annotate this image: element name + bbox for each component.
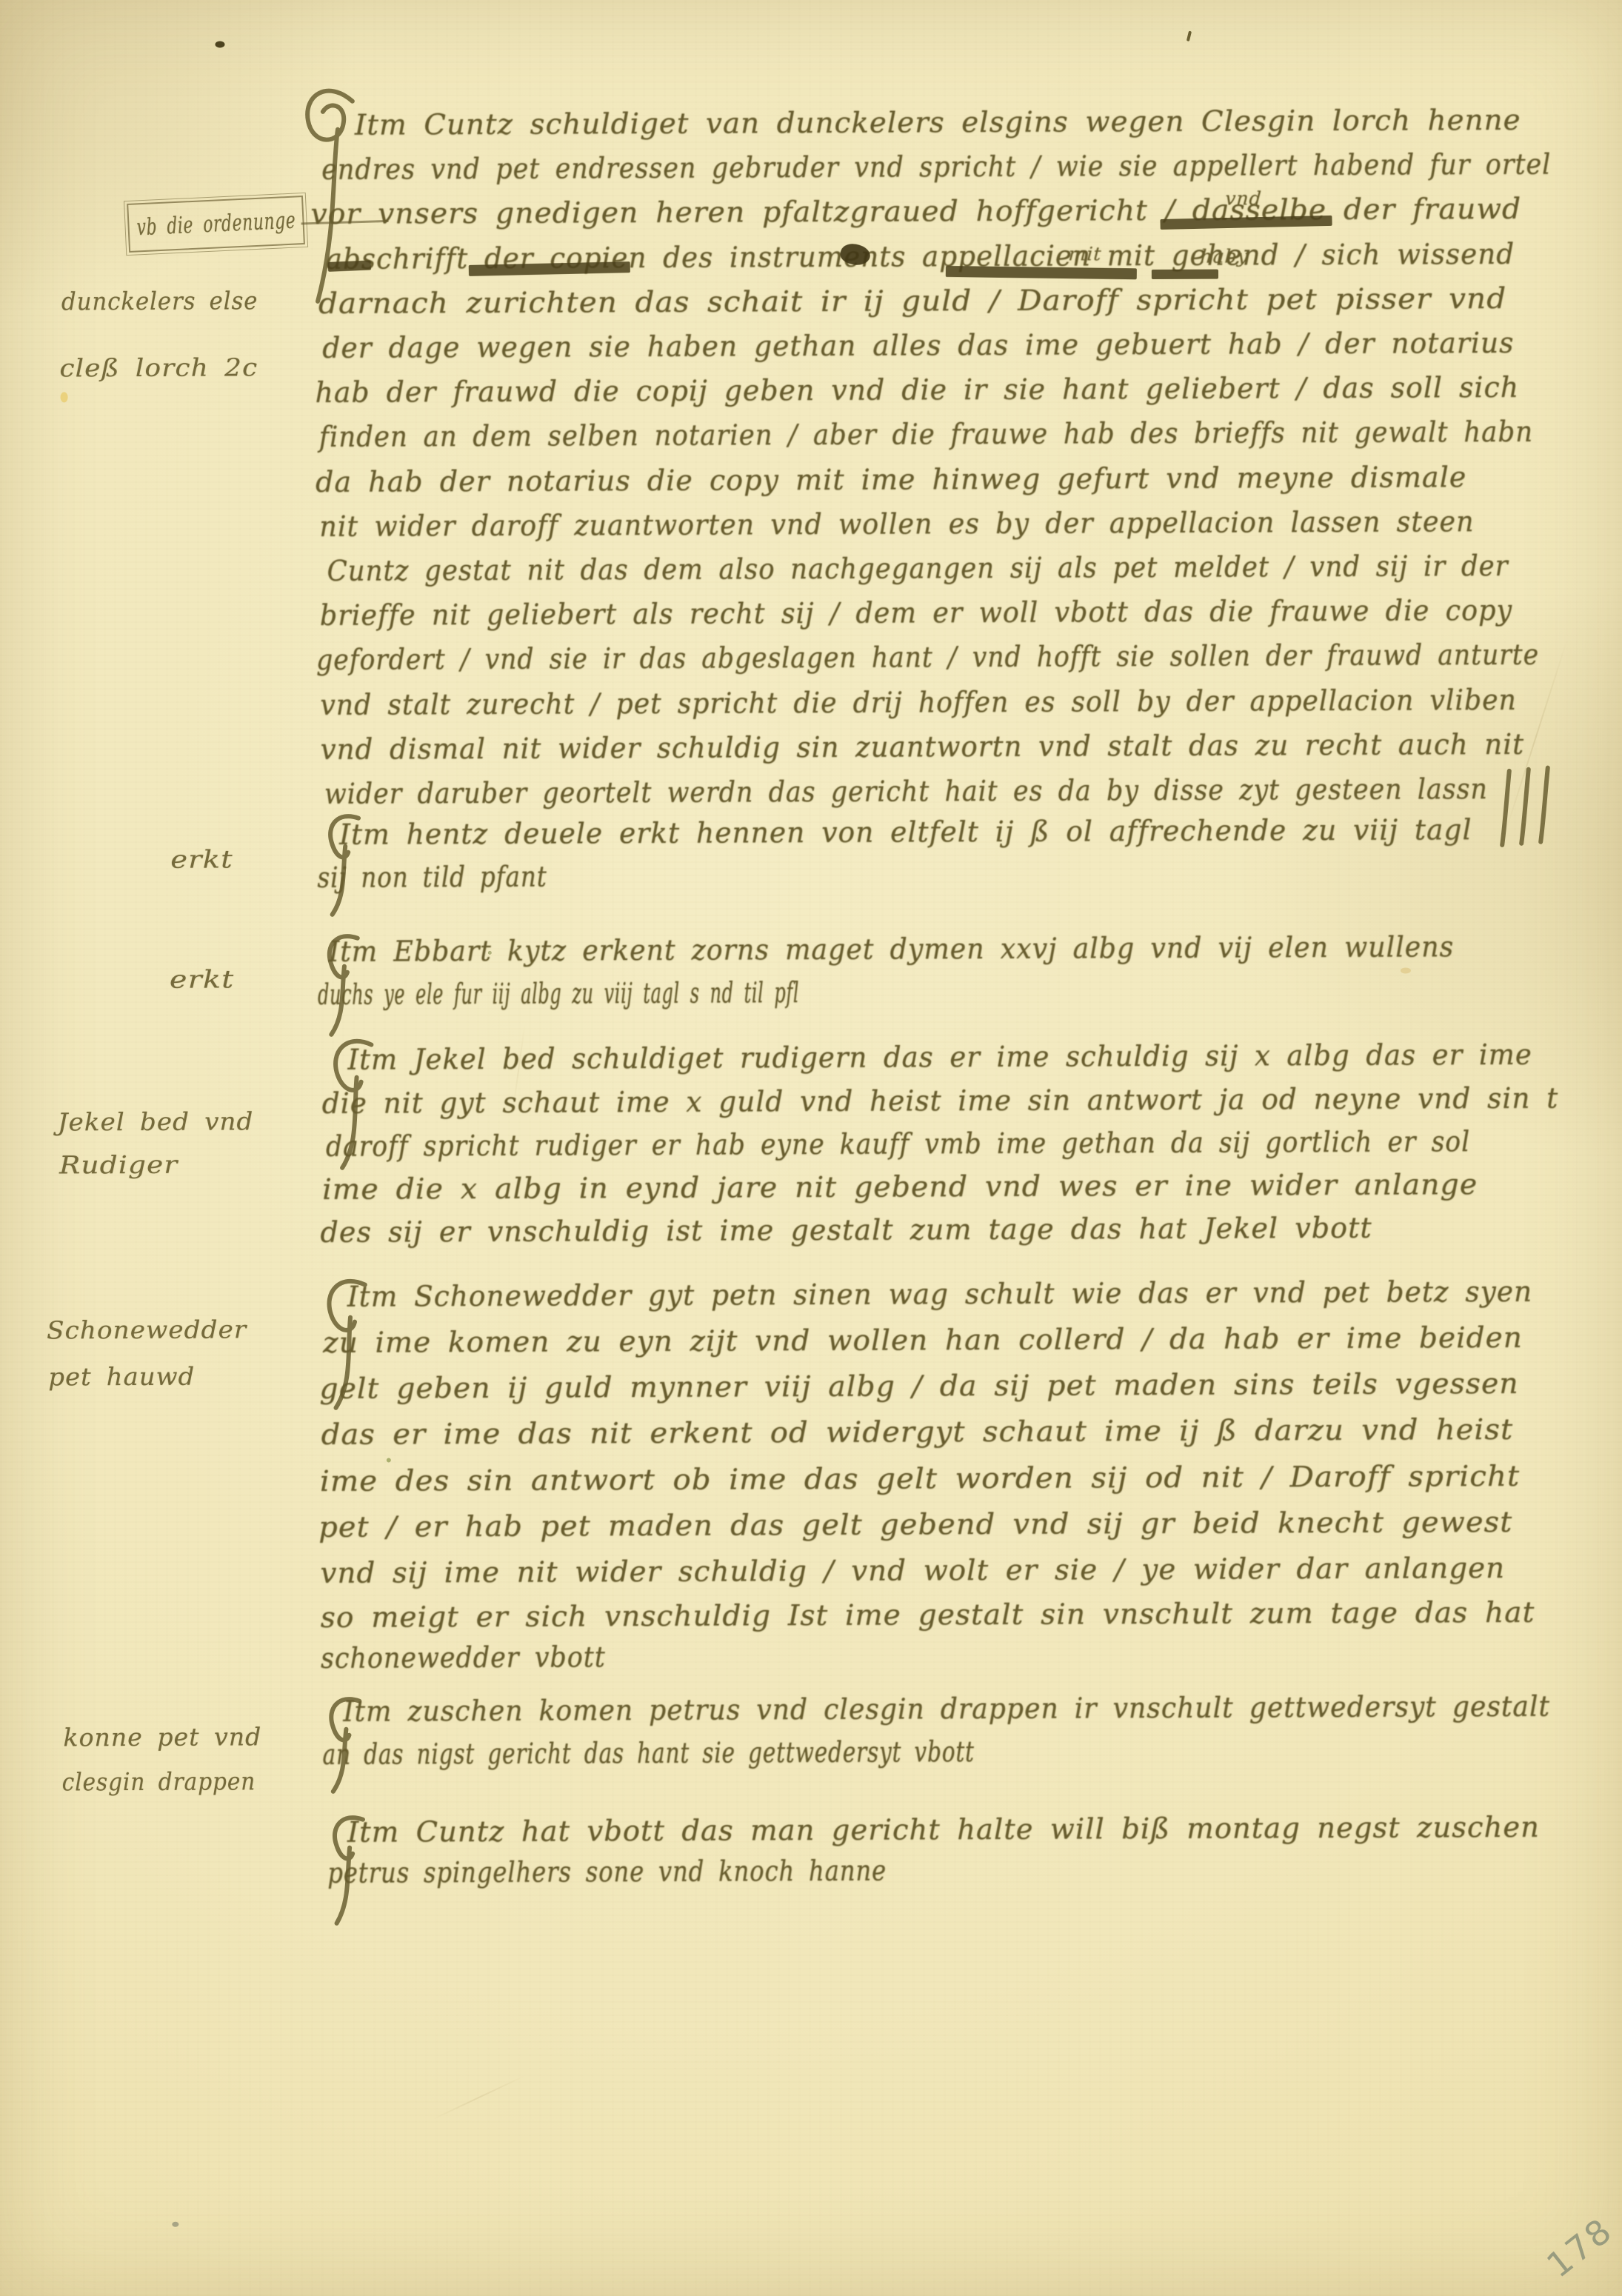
ink-speck bbox=[1187, 30, 1192, 41]
manuscript-line: hab der frauwd die copij geben vnd die i… bbox=[315, 373, 1519, 407]
flourish-strokes bbox=[1496, 764, 1563, 852]
margin-note-party: pet hauwd bbox=[48, 1364, 195, 1389]
manuscript-line: finden an dem selben notarien / aber die… bbox=[319, 418, 1533, 451]
manuscript-line: vnd sij ime nit wider schuldig / vnd wol… bbox=[320, 1554, 1505, 1587]
manuscript-line: Itm Jekel bed schuldiget rudigern das er… bbox=[347, 1041, 1532, 1074]
paper-stain bbox=[1401, 967, 1411, 973]
manuscript-line: so meigt er sich vnschuldig Ist ime gest… bbox=[321, 1598, 1535, 1632]
manuscript-line: wider daruber geortelt werdn das gericht… bbox=[324, 775, 1488, 808]
manuscript-line: ime des sin antwort ob ime das gelt word… bbox=[320, 1462, 1520, 1495]
manuscript-line: ime die x albg in eynd jare nit gebend v… bbox=[322, 1170, 1478, 1204]
margin-note-party: dunckelers else bbox=[61, 288, 258, 313]
manuscript-line: da hab der notarius die copy mit ime hin… bbox=[316, 463, 1466, 496]
margin-note-party: clesgin drappen bbox=[62, 1769, 256, 1794]
margin-note-party: cleß lorch 2c bbox=[59, 355, 258, 380]
manuscript-line: Itm Ebbart kytz erkent zorns maget dymen… bbox=[329, 932, 1455, 966]
manuscript-line: der dage wegen sie haben gethan alles da… bbox=[322, 329, 1514, 362]
boxed-margin-note: vb die ordenunge bbox=[127, 196, 305, 253]
manuscript-line: Cuntz gestat nit das dem also nachgegang… bbox=[327, 552, 1509, 585]
manuscript-line: die nit gyt schaut ime x guld vnd heist … bbox=[322, 1084, 1559, 1118]
manuscript-line: vor vnsers gnedigen heren pfaltzgraued h… bbox=[310, 195, 1521, 228]
margin-note-party: Rudiger bbox=[59, 1152, 178, 1178]
manuscript-line: gelt geben ij guld mynner viij albg / da… bbox=[319, 1369, 1518, 1403]
folio-number: 178 bbox=[1539, 2209, 1620, 2285]
ink-strikethrough bbox=[328, 261, 371, 272]
manuscript-line: Itm Cuntz schuldiget van dunckelers elsg… bbox=[355, 106, 1521, 139]
manuscript-line: vnd dismal nit wider schuldig sin zuantw… bbox=[321, 730, 1525, 764]
paper-speck bbox=[172, 2222, 178, 2227]
margin-note-party: Schonewedder bbox=[47, 1317, 247, 1342]
manuscript-line: Itm hentz deuele erkt hennen von eltfelt… bbox=[339, 815, 1472, 849]
manuscript-line: endres vnd pet endressen gebruder vnd sp… bbox=[321, 150, 1551, 184]
manuscript-line: an das nigst gericht das hant sie gettwe… bbox=[322, 1738, 974, 1769]
manuscript-line: darnach zurichten das schait ir ij guld … bbox=[318, 284, 1506, 318]
interlinear-insertion: mit bbox=[1068, 243, 1103, 264]
manuscript-line: zu ime komen zu eyn zijt vnd wollen han … bbox=[323, 1324, 1523, 1357]
manuscript-line: Itm Cuntz hat vbott das man gericht halt… bbox=[347, 1813, 1540, 1846]
paper-speck bbox=[387, 1458, 391, 1462]
manuscript-line: vnd stalt zurecht / pet spricht die drij… bbox=[320, 686, 1517, 719]
margin-note-erkt: erkt bbox=[170, 967, 235, 991]
ink-strikethrough bbox=[1152, 270, 1218, 279]
manuscript-line: daroff spricht rudiger er hab eyne kauff… bbox=[326, 1127, 1470, 1161]
interlinear-insertion: vnd bbox=[1224, 187, 1262, 209]
manuscript-line: duchs ye ele fur iij albg zu viij tagl s… bbox=[318, 978, 799, 1009]
main-text-block: Itm Cuntz schuldiget van dunckelers elsg… bbox=[0, 0, 1617, 4]
margin-note-party: konne pet vnd bbox=[63, 1724, 261, 1749]
ink-speck bbox=[215, 41, 224, 47]
paper-crease bbox=[432, 2075, 526, 2120]
manuscript-line: nit wider daroff zuantworten vnd wollen … bbox=[319, 507, 1474, 541]
paper-stain bbox=[61, 392, 68, 402]
manuscript-page: vb die ordenunge dunckelers else cleß lo… bbox=[0, 0, 1622, 2296]
manuscript-line: sij non tild pfant bbox=[317, 863, 547, 892]
manuscript-line: schonewedder vbott bbox=[321, 1643, 606, 1672]
manuscript-line: brieffe nit geliebert als recht sij / de… bbox=[320, 596, 1512, 630]
manuscript-line: pet / er hab pet maden das gelt gebend v… bbox=[318, 1508, 1512, 1541]
manuscript-line: des sij er vnschuldig ist ime gestalt zu… bbox=[320, 1214, 1372, 1247]
margin-note-erkt: erkt bbox=[170, 847, 233, 871]
margin-note-party: Jekel bed vnd bbox=[58, 1109, 254, 1134]
manuscript-line: Itm Schonewedder gyt petn sinen wag schu… bbox=[347, 1278, 1532, 1311]
manuscript-line: gefordert / vnd sie ir das abgeslagen ha… bbox=[316, 641, 1539, 674]
ink-strikethrough bbox=[946, 266, 1137, 279]
interlinear-insertion: haby bbox=[1200, 245, 1249, 267]
manuscript-line: petrus spingelhers sone vnd knoch hanne bbox=[327, 1857, 887, 1887]
manuscript-line: Itm zuschen komen petrus vnd clesgin dra… bbox=[343, 1692, 1550, 1726]
boxed-margin-note-label: vb die ordenunge bbox=[136, 209, 296, 239]
manuscript-line: das er ime das nit erkent od widergyt sc… bbox=[321, 1415, 1514, 1449]
